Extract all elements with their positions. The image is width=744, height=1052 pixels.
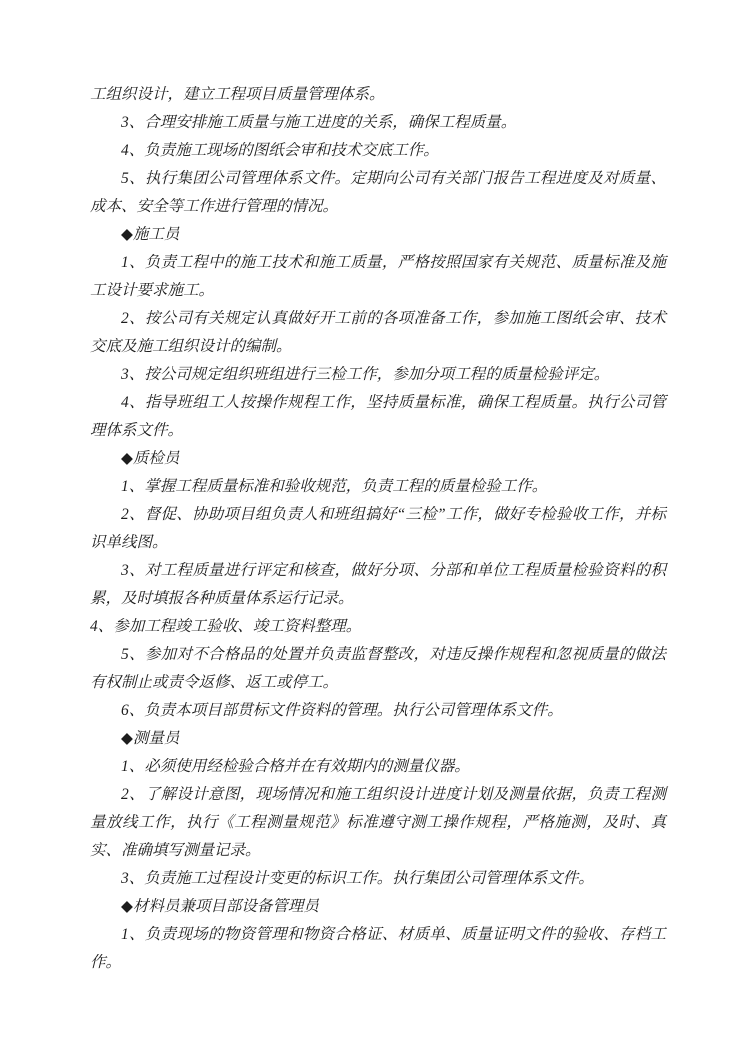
paragraph: 5、参加对不合格品的处置并负责监督整改，对违反操作规程和忽视质量的做法有权制止或… bbox=[90, 641, 666, 697]
paragraph: 3、对工程质量进行评定和核查，做好分项、分部和单位工程质量检验资料的积累，及时填… bbox=[90, 557, 666, 613]
paragraph: 2、按公司有关规定认真做好开工前的各项准备工作，参加施工图纸会审、技术交底及施工… bbox=[90, 305, 666, 361]
paragraph: 4、负责施工现场的图纸会审和技术交底工作。 bbox=[90, 137, 666, 165]
paragraph: 6、负责本项目部贯标文件资料的管理。执行公司管理体系文件。 bbox=[90, 697, 666, 725]
paragraph: 3、负责施工过程设计变更的标识工作。执行集团公司管理体系文件。 bbox=[90, 865, 666, 893]
paragraph: 5、执行集团公司管理体系文件。定期向公司有关部门报告工程进度及对质量、成本、安全… bbox=[90, 165, 666, 221]
paragraph: 1、掌握工程质量标准和验收规范，负责工程的质量检验工作。 bbox=[90, 473, 666, 501]
paragraph: 1、必须使用经检验合格并在有效期内的测量仪器。 bbox=[90, 753, 666, 781]
section-heading: ◆施工员 bbox=[90, 221, 666, 249]
paragraph: 3、按公司规定组织班组进行三检工作，参加分项工程的质量检验评定。 bbox=[90, 361, 666, 389]
section-heading: ◆测量员 bbox=[90, 725, 666, 753]
paragraph: 工组织设计，建立工程项目质量管理体系。 bbox=[90, 81, 666, 109]
section-heading: ◆材料员兼项目部设备管理员 bbox=[90, 893, 666, 921]
paragraph: 2、督促、协助项目组负责人和班组搞好“三检”工作，做好专检验收工作，并标识单线图… bbox=[90, 501, 666, 557]
paragraph: 1、负责现场的物资管理和物资合格证、材质单、质量证明文件的验收、存档工作。 bbox=[90, 921, 666, 977]
paragraph: 4、参加工程竣工验收、竣工资料整理。 bbox=[90, 613, 666, 641]
document-content: 工组织设计，建立工程项目质量管理体系。 3、合理安排施工质量与施工进度的关系，确… bbox=[90, 81, 666, 977]
section-heading: ◆质检员 bbox=[90, 445, 666, 473]
paragraph: 3、合理安排施工质量与施工进度的关系，确保工程质量。 bbox=[90, 109, 666, 137]
paragraph: 1、负责工程中的施工技术和施工质量，严格按照国家有关规范、质量标准及施工设计要求… bbox=[90, 249, 666, 305]
document-page: 工组织设计，建立工程项目质量管理体系。 3、合理安排施工质量与施工进度的关系，确… bbox=[0, 0, 744, 1052]
paragraph: 2、了解设计意图，现场情况和施工组织设计进度计划及测量依据，负责工程测量放线工作… bbox=[90, 781, 666, 865]
paragraph: 4、指导班组工人按操作规程工作，坚持质量标准，确保工程质量。执行公司管理体系文件… bbox=[90, 389, 666, 445]
